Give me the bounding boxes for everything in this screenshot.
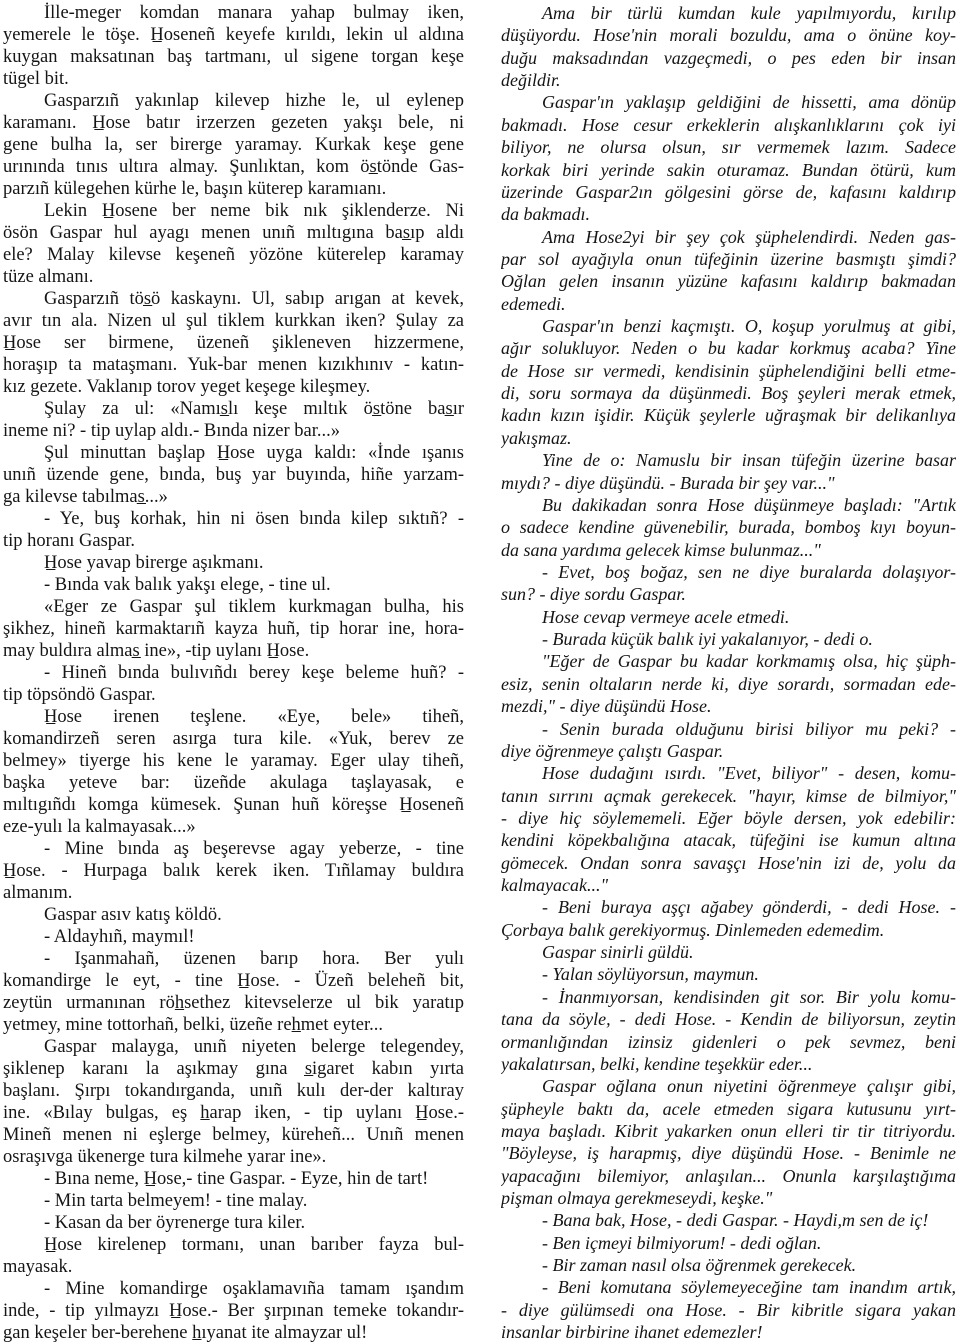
text-line: da sana yardıma gelecek kimse bulunmaz..… xyxy=(501,539,956,561)
text-line: - Senin burada olduğunu birisi biliyor m… xyxy=(501,718,956,740)
text-line: şiklenep karanı la aşıkmay gına s̲igaret… xyxy=(3,1058,464,1080)
text-line: üzerinde Gaspar2ın gölgesini görse de, k… xyxy=(501,181,956,203)
text-line: düşüyordu. Hose'nin morali bozuldu, ama … xyxy=(501,24,956,46)
text-line: - Beni buraya aşçı ağabey gönderdi, - de… xyxy=(501,896,956,918)
paragraph: - Burada küçük balık iyi yakalanıyor, - … xyxy=(501,628,956,650)
paragraph: - Ben içmeyi bilmiyorum! - dedi oğlan. xyxy=(501,1232,956,1254)
paragraph: Şul minuttan başlap H̲ose uyga kaldı: «İ… xyxy=(3,442,464,508)
paragraph: Gaspar malayga, unıñ niyeten belerge tel… xyxy=(3,1036,464,1168)
text-line: ele? Malay kilevse keşeneñ yözöne kütere… xyxy=(3,244,464,266)
text-line: parzıñ külegehen kürhe le, başın küterep… xyxy=(3,178,464,200)
paragraph: İlle-meger komdan manara yahap bulmay ik… xyxy=(3,2,464,90)
text-line: mıltıgıñdı komga kümesek. Şunan huñ köre… xyxy=(3,794,464,816)
text-line: mıydı? - diye düşündü. - Burada bir şey … xyxy=(501,472,956,494)
left-column-text: İlle-meger komdan manara yahap bulmay ik… xyxy=(3,2,464,1342)
paragraph: H̲ose kirelenep tormanı, unan barıber fa… xyxy=(3,1234,464,1278)
paragraph: Gasparzıñ yakınlap kilevep hizhe le, ul … xyxy=(3,90,464,200)
text-line: - Hineñ bında bulıvıñdı berey keşe belem… xyxy=(3,662,464,684)
text-line: gömecek. Ondan sonra savaşçı Hose'nin iz… xyxy=(501,852,956,874)
paragraph: Gaspar oğlana onun niyetini öğrenmeye ça… xyxy=(501,1075,956,1209)
text-line: insanlar birbirine ihanet edemezler! xyxy=(501,1321,956,1342)
text-line: - Min tarta belmeyem! - tine malay. xyxy=(3,1190,464,1212)
text-line: Gaspar asıv katış köldö. xyxy=(3,904,464,926)
text-line: bakmadı. Hose cesur erkeklerin alışkanlı… xyxy=(501,114,956,136)
text-line: değildir. xyxy=(501,69,956,91)
paragraph: - Aldayhıñ, maymıl! xyxy=(3,926,464,948)
text-line: urınında tınıs ultıra almay. Şunlıktan, … xyxy=(3,156,464,178)
text-line: - Bana bak, Hose, - dedi Gaspar. - Haydi… xyxy=(501,1209,956,1231)
text-line: pişman olmaya gerekmeseydi, keşke." xyxy=(501,1187,956,1209)
paragraph: H̲ose irenen teşlene. «Eye, bele» tiheñ,… xyxy=(3,706,464,838)
text-line: - İnanmıyorsan, kendisinden git sor. Bir… xyxy=(501,986,956,1008)
text-line: - Mine komandirge oşaklamavıña tamam ışa… xyxy=(3,1278,464,1300)
text-line: kuygan maksatınan baş tartmanı, ul sigen… xyxy=(3,46,464,68)
text-line: o sadece kendine güvenebilir, burada, bo… xyxy=(501,516,956,538)
paragraph: - Min tarta belmeyem! - tine malay. xyxy=(3,1190,464,1212)
text-line: di, soru sormaya da düşünmedi. Boş şeyle… xyxy=(501,382,956,404)
text-line: H̲ose. - Hurpaga balık kerek iken. Tıñla… xyxy=(3,860,464,882)
paragraph: Ama Hose2yi bir şey çok şüphelendirdi. N… xyxy=(501,226,956,315)
text-line: mayasak. xyxy=(3,1256,464,1278)
text-line: gene bulha la, ser birerge yaramay. Kurk… xyxy=(3,134,464,156)
text-line: edemedi. xyxy=(501,293,956,315)
text-line: - Beni komutana söylemeyeceğine tam inan… xyxy=(501,1276,956,1298)
text-line: avır tın ala. Nizen ul şul tiklem kurkka… xyxy=(3,310,464,332)
text-line: ağır solukluyor. Neden o bu kadar korkmu… xyxy=(501,337,956,359)
text-line: İlle-meger komdan manara yahap bulmay ik… xyxy=(3,2,464,24)
paragraph: "Eğer de Gaspar bu kadar korkmamış olsa,… xyxy=(501,650,956,717)
text-line: Gaspar oğlana onun niyetini öğrenmeye ça… xyxy=(501,1075,956,1097)
text-line: duğu maksadından vazgeçmedi, o pes eden … xyxy=(501,47,956,69)
paragraph: H̲ose yavap birerge aşıkmanı. xyxy=(3,552,464,574)
text-line: ine. «Bılay bulgas, eş h̲arap iken, - ti… xyxy=(3,1102,464,1124)
text-line: tanın sırrını açmak gerekecek. "hayır, k… xyxy=(501,785,956,807)
text-line: H̲ose ser birmene, üzeneñ şikleneven hiz… xyxy=(3,332,464,354)
text-line: Gaspar'ın benzi kaçmıştı. O, koşup yorul… xyxy=(501,315,956,337)
text-line: - Ben içmeyi bilmiyorum! - dedi oğlan. xyxy=(501,1232,956,1254)
paragraph: Ama bir türlü kumdan kule yapılmıyordu, … xyxy=(501,2,956,91)
paragraph: - Bına neme, H̲ose,- tine Gaspar. - Eyze… xyxy=(3,1168,464,1190)
paragraph: Gaspar'ın benzi kaçmıştı. O, koşup yorul… xyxy=(501,315,956,449)
paragraph: - Senin burada olduğunu birisi biliyor m… xyxy=(501,718,956,763)
text-line: Çorbaya balık gerekiyormuş. Dinlemeden e… xyxy=(501,919,956,941)
text-line: Bu dakikadan sonra Hose düşünmeye başlad… xyxy=(501,494,956,516)
text-line: zeytün urmanınan röh̲sethez kitevselerze… xyxy=(3,992,464,1014)
text-line: - diye hiç söylememeli. Eğer böyle derse… xyxy=(501,807,956,829)
text-line: kendini köpekbalığına atacak, tüfeğini i… xyxy=(501,829,956,851)
text-line: biliyor, ne olursa olsun, sır vermemek l… xyxy=(501,136,956,158)
text-line: "Böyleyse, iş harapmış, diye düşündü Hos… xyxy=(501,1142,956,1164)
text-line: yetmey, mine tottorhañ, belki, üzeñe reh… xyxy=(3,1014,464,1036)
text-line: belmey» tiyerge his kene le yaramay. Ege… xyxy=(3,750,464,772)
paragraph: - Mine komandirge oşaklamavıña tamam ışa… xyxy=(3,1278,464,1342)
text-line: yakalatırsan, belki, kendine teşekkür ed… xyxy=(501,1053,956,1075)
text-line: - Mine bında aş beşerevse agay yeberze, … xyxy=(3,838,464,860)
text-line: - Işanmahañ, üzenen barıp hora. Ber yulı xyxy=(3,948,464,970)
text-line: de Hose sır vermedi, kendisinin şüphelen… xyxy=(501,360,956,382)
text-line: karamanı. H̲ose batır irzerzen gezeten y… xyxy=(3,112,464,134)
text-line: kadın kızın işidir. Küçük şeylerle uğraş… xyxy=(501,404,956,426)
text-line: ormanlığından izinsiz gidenleri o pek se… xyxy=(501,1031,956,1053)
text-line: eze-yulı la kalmayasak...» xyxy=(3,816,464,838)
text-line: ineme ni? - tip uylap aldı.- Bında nizer… xyxy=(3,420,464,442)
text-line: Gaspar'ın yaklaşıp geldiğini de hissetti… xyxy=(501,91,956,113)
text-line: - Ye, buş korhak, hin ni ösen bında kile… xyxy=(3,508,464,530)
text-line: tüze almanı. xyxy=(3,266,464,288)
text-line: Şulay za ul: «Namıs̲lı keşe mıltık ös̲tö… xyxy=(3,398,464,420)
text-line: tip töpsöndö Gaspar. xyxy=(3,684,464,706)
text-line: Lekin H̲osene ber neme bik nık şiklender… xyxy=(3,200,464,222)
text-line: da bakmadı. xyxy=(501,203,956,225)
text-line: unıñ üzende gene, bında, buş yar buyında… xyxy=(3,464,464,486)
text-line: - Kasan da ber öyrenerge tura kiler. xyxy=(3,1212,464,1234)
text-line: - Burada küçük balık iyi yakalanıyor, - … xyxy=(501,628,956,650)
text-line: Gaspar sinirli güldü. xyxy=(501,941,956,963)
text-line: H̲ose yavap birerge aşıkmanı. xyxy=(3,552,464,574)
paragraph: Bu dakikadan sonra Hose düşünmeye başlad… xyxy=(501,494,956,561)
paragraph: - Yalan söylüyorsun, maymun. xyxy=(501,963,956,985)
paragraph: Hose cevap vermeye acele etmedi. xyxy=(501,606,956,628)
text-line: horaşıp ta mataşmanı. Yuk-bar menen kızı… xyxy=(3,354,464,376)
text-line: Hose dudağını ısırdı. "Evet, biliyor" - … xyxy=(501,762,956,784)
text-line: - Evet, boş boğaz, sen ne diye buralarda… xyxy=(501,561,956,583)
text-line: «Eger ze Gaspar şul tiklem kurkmagan bul… xyxy=(3,596,464,618)
text-line: kalmayacak..." xyxy=(501,874,956,896)
text-line: - Aldayhıñ, maymıl! xyxy=(3,926,464,948)
text-line: gan keşeler ber-berehene h̲ıyanat ite al… xyxy=(3,1322,464,1342)
paragraph: - Bında vak balık yakşı elege, - tine ul… xyxy=(3,574,464,596)
document-page: İlle-meger komdan manara yahap bulmay ik… xyxy=(0,0,960,1342)
text-line: - Bir zaman nasıl olsa öğrenmek gerekece… xyxy=(501,1254,956,1276)
paragraph: - Kasan da ber öyrenerge tura kiler. xyxy=(3,1212,464,1234)
paragraph: Yine de o: Namuslu bir insan tüfeğin üze… xyxy=(501,449,956,494)
text-line: - Yalan söylüyorsun, maymun. xyxy=(501,963,956,985)
text-line: H̲ose irenen teşlene. «Eye, bele» tiheñ, xyxy=(3,706,464,728)
text-line: yemerele le töşe. H̲oseneñ keyefe kırıld… xyxy=(3,24,464,46)
text-line: başka yeteve bar: üzeñde akulaga taşlaya… xyxy=(3,772,464,794)
paragraph: - Evet, boş boğaz, sen ne diye buralarda… xyxy=(501,561,956,606)
text-line: komandirge le eyt, - tine H̲ose. - Üzeñ … xyxy=(3,970,464,992)
paragraph: - Mine bında aş beşerevse agay yeberze, … xyxy=(3,838,464,904)
text-line: Gasparzıñ tös̲ö kaskaynı. Ul, sabıp arıg… xyxy=(3,288,464,310)
paragraph: Şulay za ul: «Namıs̲lı keşe mıltık ös̲tö… xyxy=(3,398,464,442)
paragraph: - Beni komutana söylemeyeceğine tam inan… xyxy=(501,1276,956,1342)
text-line: komandirzeñ seren asırga tura kile. «Yuk… xyxy=(3,728,464,750)
text-line: Ama Hose2yi bir şey çok şüphelendirdi. N… xyxy=(501,226,956,248)
paragraph: - Bana bak, Hose, - dedi Gaspar. - Haydi… xyxy=(501,1209,956,1231)
text-line: Yine de o: Namuslu bir insan tüfeğin üze… xyxy=(501,449,956,471)
text-line: - Bında vak balık yakşı elege, - tine ul… xyxy=(3,574,464,596)
text-line: yapacağını bilemiyor, anlaşılan... Onunl… xyxy=(501,1165,956,1187)
text-line: almanım. xyxy=(3,882,464,904)
text-line: maya başladı. Kibrit yakarken onun eller… xyxy=(501,1120,956,1142)
text-line: ösön Gaspar hul ayagı menen unıñ mıltıgı… xyxy=(3,222,464,244)
text-line: yakışmaz. xyxy=(501,427,956,449)
text-line: Gasparzıñ yakınlap kilevep hizhe le, ul … xyxy=(3,90,464,112)
text-line: Hose cevap vermeye acele etmedi. xyxy=(501,606,956,628)
text-line: may buldıra almas̲ ine», -tip uylanı H̲o… xyxy=(3,640,464,662)
paragraph: - Hineñ bında bulıvıñdı berey keşe belem… xyxy=(3,662,464,706)
paragraph: Lekin H̲osene ber neme bik nık şiklender… xyxy=(3,200,464,288)
paragraph: Gaspar'ın yaklaşıp geldiğini de hissetti… xyxy=(501,91,956,225)
text-line: tip horanı Gaspar. xyxy=(3,530,464,552)
text-line: sun? - diye sordu Gaspar. xyxy=(501,583,956,605)
text-line: esiz, senin oltaların nerde ki, diye sor… xyxy=(501,673,956,695)
text-line: korkak biri yerinde sakin oturamaz. Bund… xyxy=(501,159,956,181)
paragraph: Gasparzıñ tös̲ö kaskaynı. Ul, sabıp arıg… xyxy=(3,288,464,398)
text-line: başlanı. Şırpı tokandırganda, unıñ kulı … xyxy=(3,1080,464,1102)
text-line: - diye gülümsedi ona Hose. - Bir kibritl… xyxy=(501,1299,956,1321)
text-line: par sol ayağıyla onun tüfeğinin üzerine … xyxy=(501,248,956,270)
paragraph: - Işanmahañ, üzenen barıp hora. Ber yulı… xyxy=(3,948,464,1036)
text-line: mezdi," - diye düşündü Hose. xyxy=(501,695,956,717)
text-line: "Eğer de Gaspar bu kadar korkmamış olsa,… xyxy=(501,650,956,672)
right-column-text: Ama bir türlü kumdan kule yapılmıyordu, … xyxy=(501,2,956,1342)
paragraph: - Bir zaman nasıl olsa öğrenmek gerekece… xyxy=(501,1254,956,1276)
text-line: Ama bir türlü kumdan kule yapılmıyordu, … xyxy=(501,2,956,24)
text-line: tana da söyle, - dedi Hose. - Kendin de … xyxy=(501,1008,956,1030)
paragraph: Gaspar asıv katış köldö. xyxy=(3,904,464,926)
text-line: inde, - tip yılmayzı H̲ose.- Ber şırpına… xyxy=(3,1300,464,1322)
text-line: diye öğrenmeye çalıştı Gaspar. xyxy=(501,740,956,762)
text-line: osraşıvga ükenerge tura kilmehe yarar in… xyxy=(3,1146,464,1168)
text-line: - Bına neme, H̲ose,- tine Gaspar. - Eyze… xyxy=(3,1168,464,1190)
text-line: kız gezete. Vaklanıp torov yeget keşege … xyxy=(3,376,464,398)
paragraph: Gaspar sinirli güldü. xyxy=(501,941,956,963)
text-line: Gaspar malayga, unıñ niyeten belerge tel… xyxy=(3,1036,464,1058)
text-line: H̲ose kirelenep tormanı, unan barıber fa… xyxy=(3,1234,464,1256)
text-line: Mineñ menen ni eşlerge belmey, küreheñ..… xyxy=(3,1124,464,1146)
paragraph: - İnanmıyorsan, kendisinden git sor. Bir… xyxy=(501,986,956,1075)
paragraph: Hose dudağını ısırdı. "Evet, biliyor" - … xyxy=(501,762,956,896)
paragraph: «Eger ze Gaspar şul tiklem kurkmagan bul… xyxy=(3,596,464,662)
text-line: şüpheyle baktı da, acele etmeden sigara … xyxy=(501,1098,956,1120)
text-line: ga kilevse tabılmas̲...» xyxy=(3,486,464,508)
text-line: Oğlan gelen insanın yüzüne kafasını kald… xyxy=(501,270,956,292)
paragraph: - Ye, buş korhak, hin ni ösen bında kile… xyxy=(3,508,464,552)
text-line: şikhez, hineñ karmaktarıñ kayza huñ, tip… xyxy=(3,618,464,640)
text-line: tügel bit. xyxy=(3,68,464,90)
text-line: Şul minuttan başlap H̲ose uyga kaldı: «İ… xyxy=(3,442,464,464)
paragraph: - Beni buraya aşçı ağabey gönderdi, - de… xyxy=(501,896,956,941)
